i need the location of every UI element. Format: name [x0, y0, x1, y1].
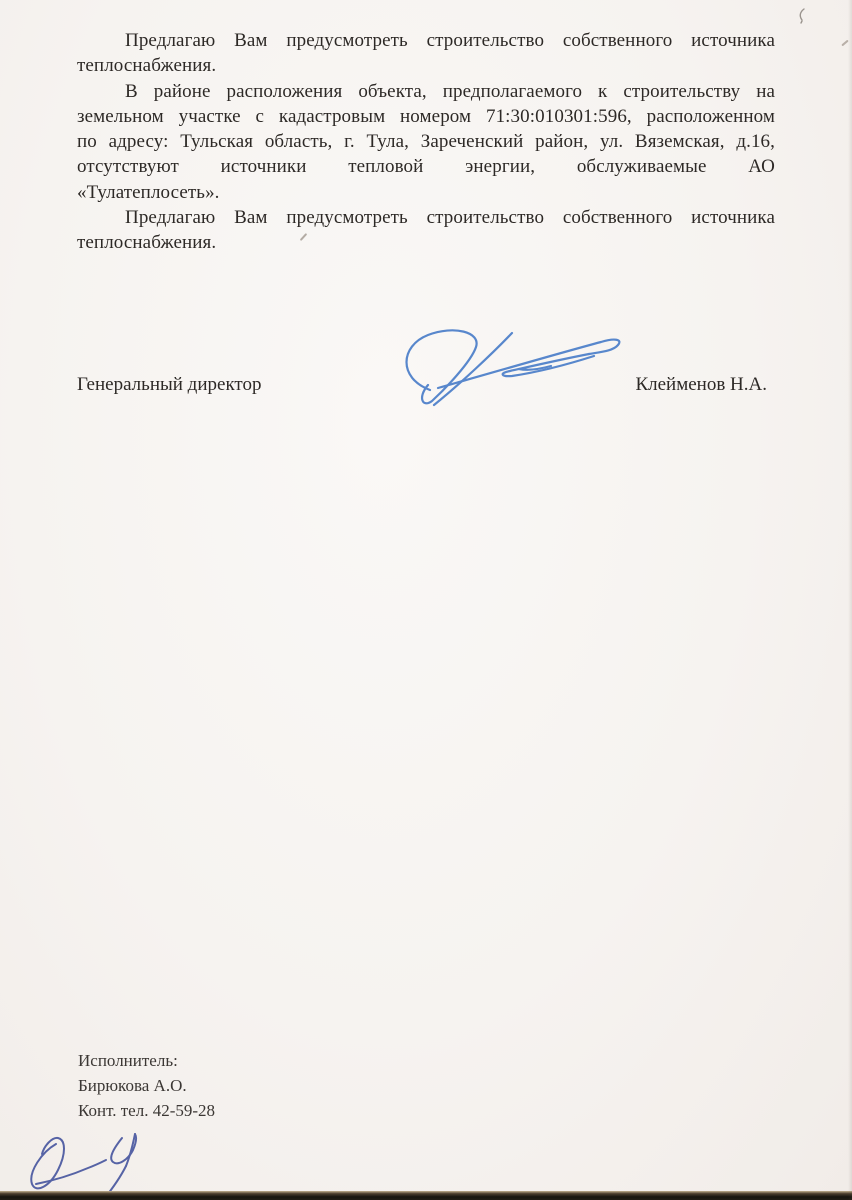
- scan-edge-strip: [0, 1191, 852, 1200]
- signatory-title: Генеральный директор: [77, 374, 261, 396]
- body-line: по адресу: Тульская область, г. Тула, За…: [77, 129, 775, 154]
- executor-phone: Конт. тел. 42-59-28: [78, 1098, 215, 1123]
- executor-name: Бирюкова А.О.: [78, 1073, 215, 1098]
- executor-initials-ink: [16, 1128, 181, 1200]
- body-line: теплоснабжения.: [77, 53, 775, 78]
- scan-speck: [841, 40, 848, 47]
- body-line: земельном участке с кадастровым номером …: [77, 104, 775, 129]
- body-line: «Тулатеплосеть».: [77, 180, 775, 205]
- director-signature-ink: [388, 326, 632, 418]
- executor-block: Исполнитель: Бирюкова А.О. Конт. тел. 42…: [78, 1048, 215, 1123]
- signatory-name: Клейменов Н.А.: [635, 374, 767, 396]
- body-line: отсутствуют источники тепловой энергии, …: [77, 154, 775, 179]
- executor-label: Исполнитель:: [78, 1048, 215, 1073]
- body-line: Предлагаю Вам предусмотреть строительств…: [77, 205, 775, 230]
- body-line: теплоснабжения.: [77, 230, 775, 255]
- scanned-letter-page: Предлагаю Вам предусмотреть строительств…: [0, 0, 852, 1200]
- letter-body: Предлагаю Вам предусмотреть строительств…: [77, 28, 775, 256]
- scan-speck: [797, 8, 807, 24]
- body-line: В районе расположения объекта, предполаг…: [77, 79, 775, 104]
- body-line: Предлагаю Вам предусмотреть строительств…: [77, 28, 775, 53]
